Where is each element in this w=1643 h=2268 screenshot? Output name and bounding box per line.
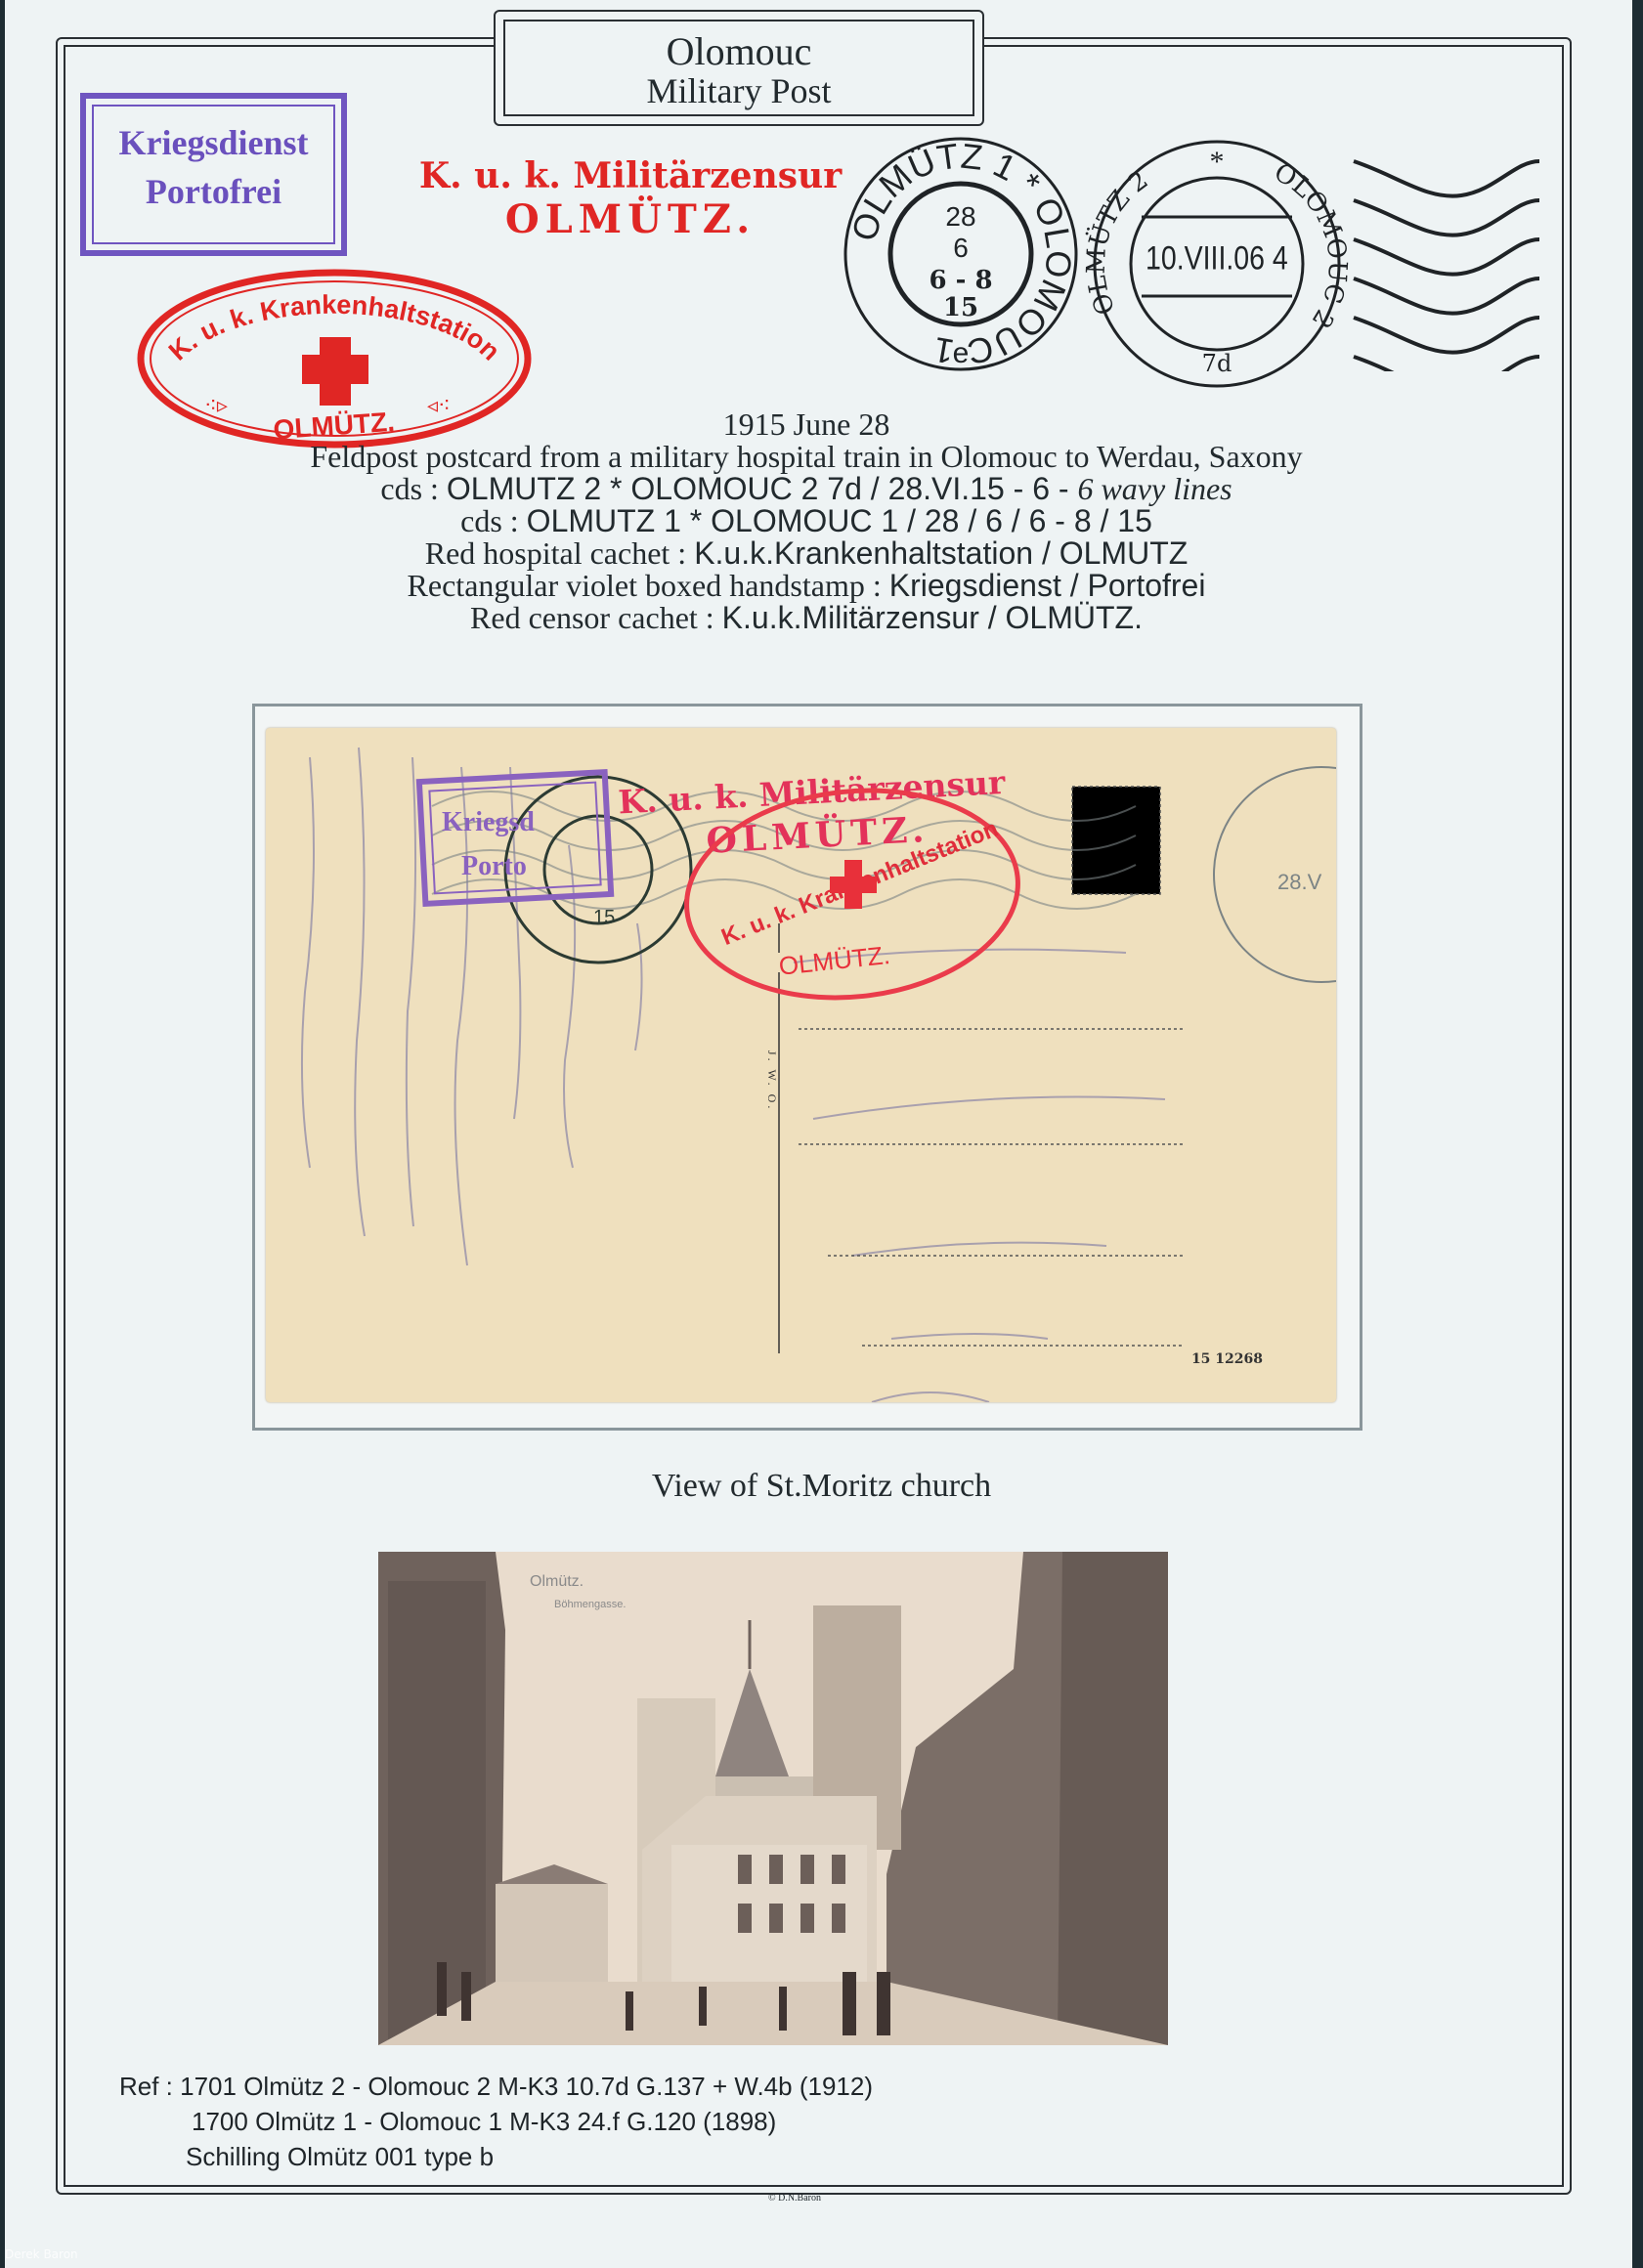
reference-line-2: 1700 Olmütz 1 - Olomouc 1 M-K3 24.f G.12… [119, 2104, 873, 2139]
reference-line-1: Ref : 1701 Olmütz 2 - Olomouc 2 M-K3 10.… [119, 2069, 873, 2104]
description-line3: cds : OLMUTZ 1 * OLOMOUC 1 / 28 / 6 / 6 … [147, 505, 1466, 537]
cds1-day: 28 [945, 201, 975, 232]
censor-cachet-line2: OLMÜTZ. [376, 197, 885, 242]
postcard-serial-number: 15 12268 [1191, 1351, 1263, 1367]
svg-text:Porto: Porto [461, 851, 527, 881]
page-title-box: Olomouc Military Post [494, 10, 984, 126]
page-subtitle: Military Post [505, 72, 973, 109]
description-line1: Feldpost postcard from a military hospit… [147, 441, 1466, 473]
wavy-lines-cancel [1349, 147, 1544, 371]
censor-cachet: K. u. k. Militärzensur OLMÜTZ. [376, 154, 885, 242]
svg-text:K. u. k. Militärzensur: K. u. k. Militärzensur [617, 763, 1006, 822]
description-line2: cds : OLMUTZ 2 * OLOMOUC 2 7d / 28.VI.15… [147, 473, 1466, 505]
reference-line-3: Schilling Olmütz 001 type b [119, 2139, 873, 2174]
svg-text:OLMÜTZ.: OLMÜTZ. [777, 940, 891, 981]
page-title: Olomouc [505, 31, 973, 72]
violet-handstamp-line1: Kriegsdienst [94, 118, 333, 167]
cds-olmutz-1: OLMÜTZ 1 * OLOMOUC 1 e 28 6 6 - 8 15 [839, 132, 1083, 376]
scan-edge-left [0, 0, 5, 2268]
watermark: Derek Baron [5, 2247, 78, 2261]
cds1-month: 6 [953, 233, 969, 263]
violet-handstamp-line2: Portofrei [94, 167, 333, 216]
photo-caption-city: Olmütz. [530, 1573, 584, 1591]
church-view-photo: Olmütz. Böhmengasse. [378, 1552, 1168, 2045]
description-block: 1915 June 28 Feldpost postcard from a mi… [147, 408, 1466, 634]
cds2-bottom: 7d [1202, 350, 1232, 377]
copyright-notice: © D.N.Baron [768, 2193, 821, 2204]
photo-caption-street: Böhmengasse. [554, 1599, 626, 1610]
postcard-printer-mark: J. W. O. [764, 1050, 779, 1111]
reference-notes: Ref : 1701 Olmütz 2 - Olomouc 2 M-K3 10.… [119, 2069, 873, 2174]
description-line5: Rectangular violet boxed handstamp : Kri… [147, 570, 1466, 602]
cds1-bottom-letter: e [953, 337, 970, 369]
cds2-star: * [1210, 146, 1225, 178]
description-line4: Red hospital cachet : K.u.k.Krankenhalts… [147, 537, 1466, 570]
cds1-hours: 6 - 8 [929, 266, 992, 295]
svg-text:Kriegsd: Kriegsd [442, 807, 535, 837]
cds-olmutz-2: * OLMÜTZ 2 OLOMOUC 2 10.VIII.06 4 7d [1085, 132, 1349, 396]
violet-handstamp: Kriegsdienst Portofrei [80, 93, 347, 256]
description-line6: Red censor cachet : K.u.k.Militärzensur … [147, 602, 1466, 634]
svg-text:15: 15 [593, 907, 615, 928]
postcard-image: 15 28.V Kriegsd Porto K. u. k. Militärze… [266, 728, 1336, 1402]
svg-text:28.V: 28.V [1277, 870, 1322, 894]
scan-edge-right [1632, 0, 1643, 2268]
description-date: 1915 June 28 [147, 408, 1466, 441]
cds1-year: 15 [943, 293, 978, 322]
cds2-date: 10.VIII.06 4 [1146, 238, 1288, 277]
view-caption: View of St.Moritz church [0, 1468, 1643, 1505]
censor-cachet-line1: K. u. k. Militärzensur [376, 154, 885, 197]
